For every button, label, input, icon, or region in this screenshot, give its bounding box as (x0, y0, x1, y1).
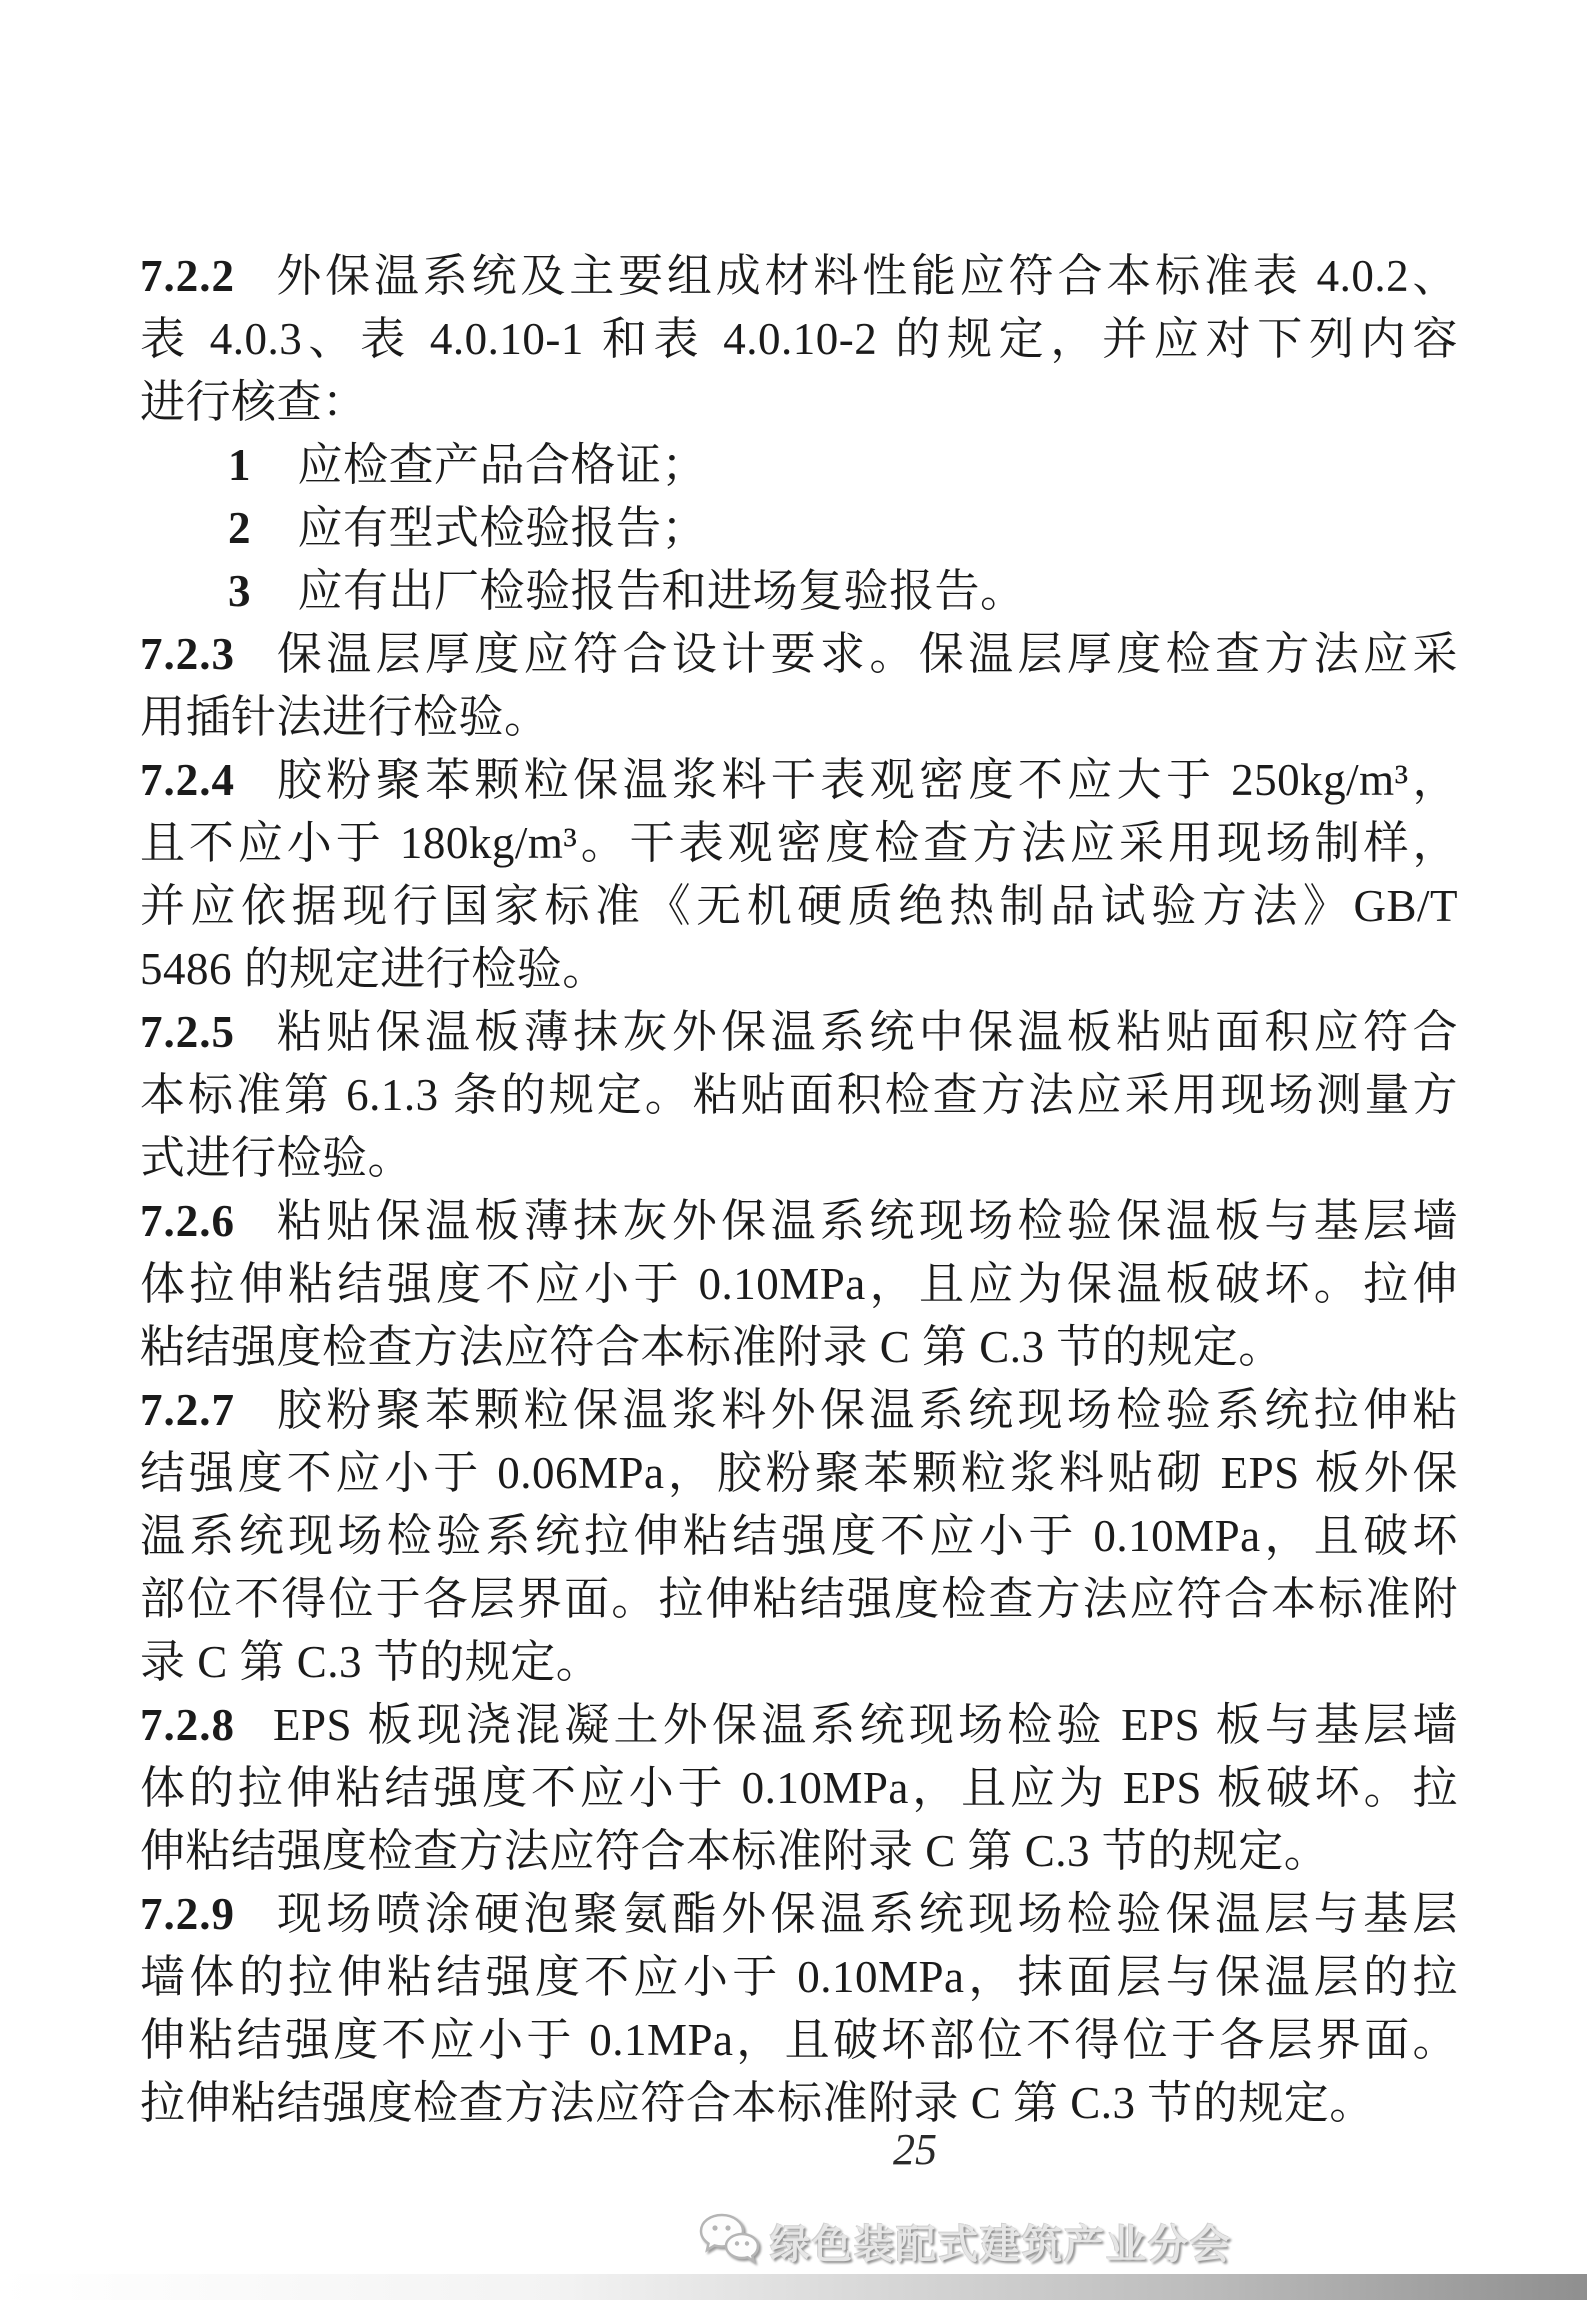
text-line: 伸粘结强度检查方法应符合本标准附录 C 第 C.3 节的规定。 (140, 1820, 1458, 1883)
text-line: 本标准第 6.1.3 条的规定。粘贴面积检查方法应采用现场测量方 (140, 1064, 1458, 1127)
line-text: 部位不得位于各层界面。拉伸粘结强度检查方法应符合本标准附 (140, 1574, 1458, 1624)
text-line: 7.2.6粘贴保温板薄抹灰外保温系统现场检验保温板与基层墙 (140, 1190, 1458, 1253)
line-text: 应有出厂检验报告和进场复验报告。 (298, 566, 1026, 616)
line-text: 体拉伸粘结强度不应小于 0.10MPa，且应为保温板破坏。拉伸 (140, 1259, 1458, 1309)
footer-logo-text: 绿色装配式建筑产业分会 (770, 2213, 1232, 2270)
document-body: 7.2.2外保温系统及主要组成材料性能应符合本标准表 4.0.2、表 4.0.3… (140, 245, 1458, 2135)
line-text: 粘结强度检查方法应符合本标准附录 C 第 C.3 节的规定。 (140, 1322, 1284, 1372)
text-line: 2应有型式检验报告； (140, 497, 1458, 560)
line-text: 应有型式检验报告； (298, 503, 708, 553)
text-line: 进行核查： (140, 371, 1458, 434)
text-line: 结强度不应小于 0.06MPa，胶粉聚苯颗粒浆料贴砌 EPS 板外保 (140, 1442, 1458, 1505)
text-line: 1应检查产品合格证； (140, 434, 1458, 497)
line-text: 粘贴保温板薄抹灰外保温系统现场检验保温板与基层墙 (273, 1196, 1458, 1246)
item-number: 2 (228, 503, 252, 553)
line-text: 结强度不应小于 0.06MPa，胶粉聚苯颗粒浆料贴砌 EPS 板外保 (140, 1448, 1458, 1498)
clause-number: 7.2.8 (140, 1700, 235, 1750)
text-line: 体拉伸粘结强度不应小于 0.10MPa，且应为保温板破坏。拉伸 (140, 1253, 1458, 1316)
line-text: 伸粘结强度不应小于 0.1MPa，且破坏部位不得位于各层界面。 (140, 2015, 1458, 2065)
clause-number: 7.2.6 (140, 1196, 235, 1246)
line-text: 胶粉聚苯颗粒保温浆料干表观密度不应大于 250kg/m³， (273, 755, 1458, 805)
page-number: 25 (893, 2124, 937, 2175)
text-line: 体的拉伸粘结强度不应小于 0.10MPa，且应为 EPS 板破坏。拉 (140, 1757, 1458, 1820)
text-line: 拉伸粘结强度检查方法应符合本标准附录 C 第 C.3 节的规定。 (140, 2072, 1458, 2135)
line-text: 式进行检验。 (140, 1133, 413, 1183)
text-line: 用插针法进行检验。 (140, 686, 1458, 749)
line-text: 墙体的拉伸粘结强度不应小于 0.10MPa，抹面层与保温层的拉 (140, 1952, 1458, 2002)
text-line: 7.2.5粘贴保温板薄抹灰外保温系统中保温板粘贴面积应符合 (140, 1001, 1458, 1064)
line-text: 胶粉聚苯颗粒保温浆料外保温系统现场检验系统拉伸粘 (273, 1385, 1458, 1435)
line-text: 用插针法进行检验。 (140, 692, 550, 742)
line-text: 外保温系统及主要组成材料性能应符合本标准表 4.0.2、 (273, 251, 1458, 301)
item-number: 1 (228, 440, 252, 490)
text-line: 3应有出厂检验报告和进场复验报告。 (140, 560, 1458, 623)
text-line: 表 4.0.3、表 4.0.10-1 和表 4.0.10-2 的规定，并应对下列… (140, 308, 1458, 371)
text-line: 7.2.4胶粉聚苯颗粒保温浆料干表观密度不应大于 250kg/m³， (140, 749, 1458, 812)
line-text: 本标准第 6.1.3 条的规定。粘贴面积检查方法应采用现场测量方 (140, 1070, 1458, 1120)
line-text: EPS 板现浇混凝土外保温系统现场检验 EPS 板与基层墙 (273, 1700, 1458, 1750)
line-text: 温系统现场检验系统拉伸粘结强度不应小于 0.10MPa，且破坏 (140, 1511, 1458, 1561)
text-line: 7.2.8EPS 板现浇混凝土外保温系统现场检验 EPS 板与基层墙 (140, 1694, 1458, 1757)
text-line: 粘结强度检查方法应符合本标准附录 C 第 C.3 节的规定。 (140, 1316, 1458, 1379)
clause-number: 7.2.2 (140, 251, 235, 301)
line-text: 且不应小于 180kg/m³。干表观密度检查方法应采用现场制样， (140, 818, 1458, 868)
text-line: 且不应小于 180kg/m³。干表观密度检查方法应采用现场制样， (140, 812, 1458, 875)
text-line: 7.2.3保温层厚度应符合设计要求。保温层厚度检查方法应采 (140, 623, 1458, 686)
item-number: 3 (228, 566, 252, 616)
text-line: 7.2.9现场喷涂硬泡聚氨酯外保温系统现场检验保温层与基层 (140, 1883, 1458, 1946)
line-text: 并应依据现行国家标准《无机硬质绝热制品试验方法》GB/T (140, 881, 1458, 931)
text-line: 部位不得位于各层界面。拉伸粘结强度检查方法应符合本标准附 (140, 1568, 1458, 1631)
clause-number: 7.2.4 (140, 755, 235, 805)
footer-gradient-bar (0, 2274, 1587, 2300)
line-text: 粘贴保温板薄抹灰外保温系统中保温板粘贴面积应符合 (273, 1007, 1458, 1057)
text-line: 式进行检验。 (140, 1127, 1458, 1190)
line-text: 伸粘结强度检查方法应符合本标准附录 C 第 C.3 节的规定。 (140, 1826, 1329, 1876)
clause-number: 7.2.3 (140, 629, 235, 679)
line-text: 拉伸粘结强度检查方法应符合本标准附录 C 第 C.3 节的规定。 (140, 2078, 1375, 2128)
line-text: 现场喷涂硬泡聚氨酯外保温系统现场检验保温层与基层 (273, 1889, 1458, 1939)
wechat-icon (698, 2212, 760, 2271)
document-page: 7.2.2外保温系统及主要组成材料性能应符合本标准表 4.0.2、表 4.0.3… (0, 0, 1587, 2300)
text-line: 伸粘结强度不应小于 0.1MPa，且破坏部位不得位于各层界面。 (140, 2009, 1458, 2072)
text-line: 5486 的规定进行检验。 (140, 938, 1458, 1001)
clause-number: 7.2.5 (140, 1007, 235, 1057)
text-line: 并应依据现行国家标准《无机硬质绝热制品试验方法》GB/T (140, 875, 1458, 938)
line-text: 录 C 第 C.3 节的规定。 (140, 1637, 601, 1687)
clause-number: 7.2.9 (140, 1889, 235, 1939)
clause-number: 7.2.7 (140, 1385, 235, 1435)
line-text: 进行核查： (140, 377, 368, 427)
line-text: 保温层厚度应符合设计要求。保温层厚度检查方法应采 (273, 629, 1458, 679)
line-text: 5486 的规定进行检验。 (140, 944, 608, 994)
text-line: 7.2.2外保温系统及主要组成材料性能应符合本标准表 4.0.2、 (140, 245, 1458, 308)
line-text: 应检查产品合格证； (298, 440, 708, 490)
text-line: 温系统现场检验系统拉伸粘结强度不应小于 0.10MPa，且破坏 (140, 1505, 1458, 1568)
text-line: 7.2.7胶粉聚苯颗粒保温浆料外保温系统现场检验系统拉伸粘 (140, 1379, 1458, 1442)
footer-logo: 绿色装配式建筑产业分会 (698, 2212, 1232, 2271)
text-line: 墙体的拉伸粘结强度不应小于 0.10MPa，抹面层与保温层的拉 (140, 1946, 1458, 2009)
text-line: 录 C 第 C.3 节的规定。 (140, 1631, 1458, 1694)
line-text: 表 4.0.3、表 4.0.10-1 和表 4.0.10-2 的规定，并应对下列… (140, 314, 1458, 364)
line-text: 体的拉伸粘结强度不应小于 0.10MPa，且应为 EPS 板破坏。拉 (140, 1763, 1458, 1813)
